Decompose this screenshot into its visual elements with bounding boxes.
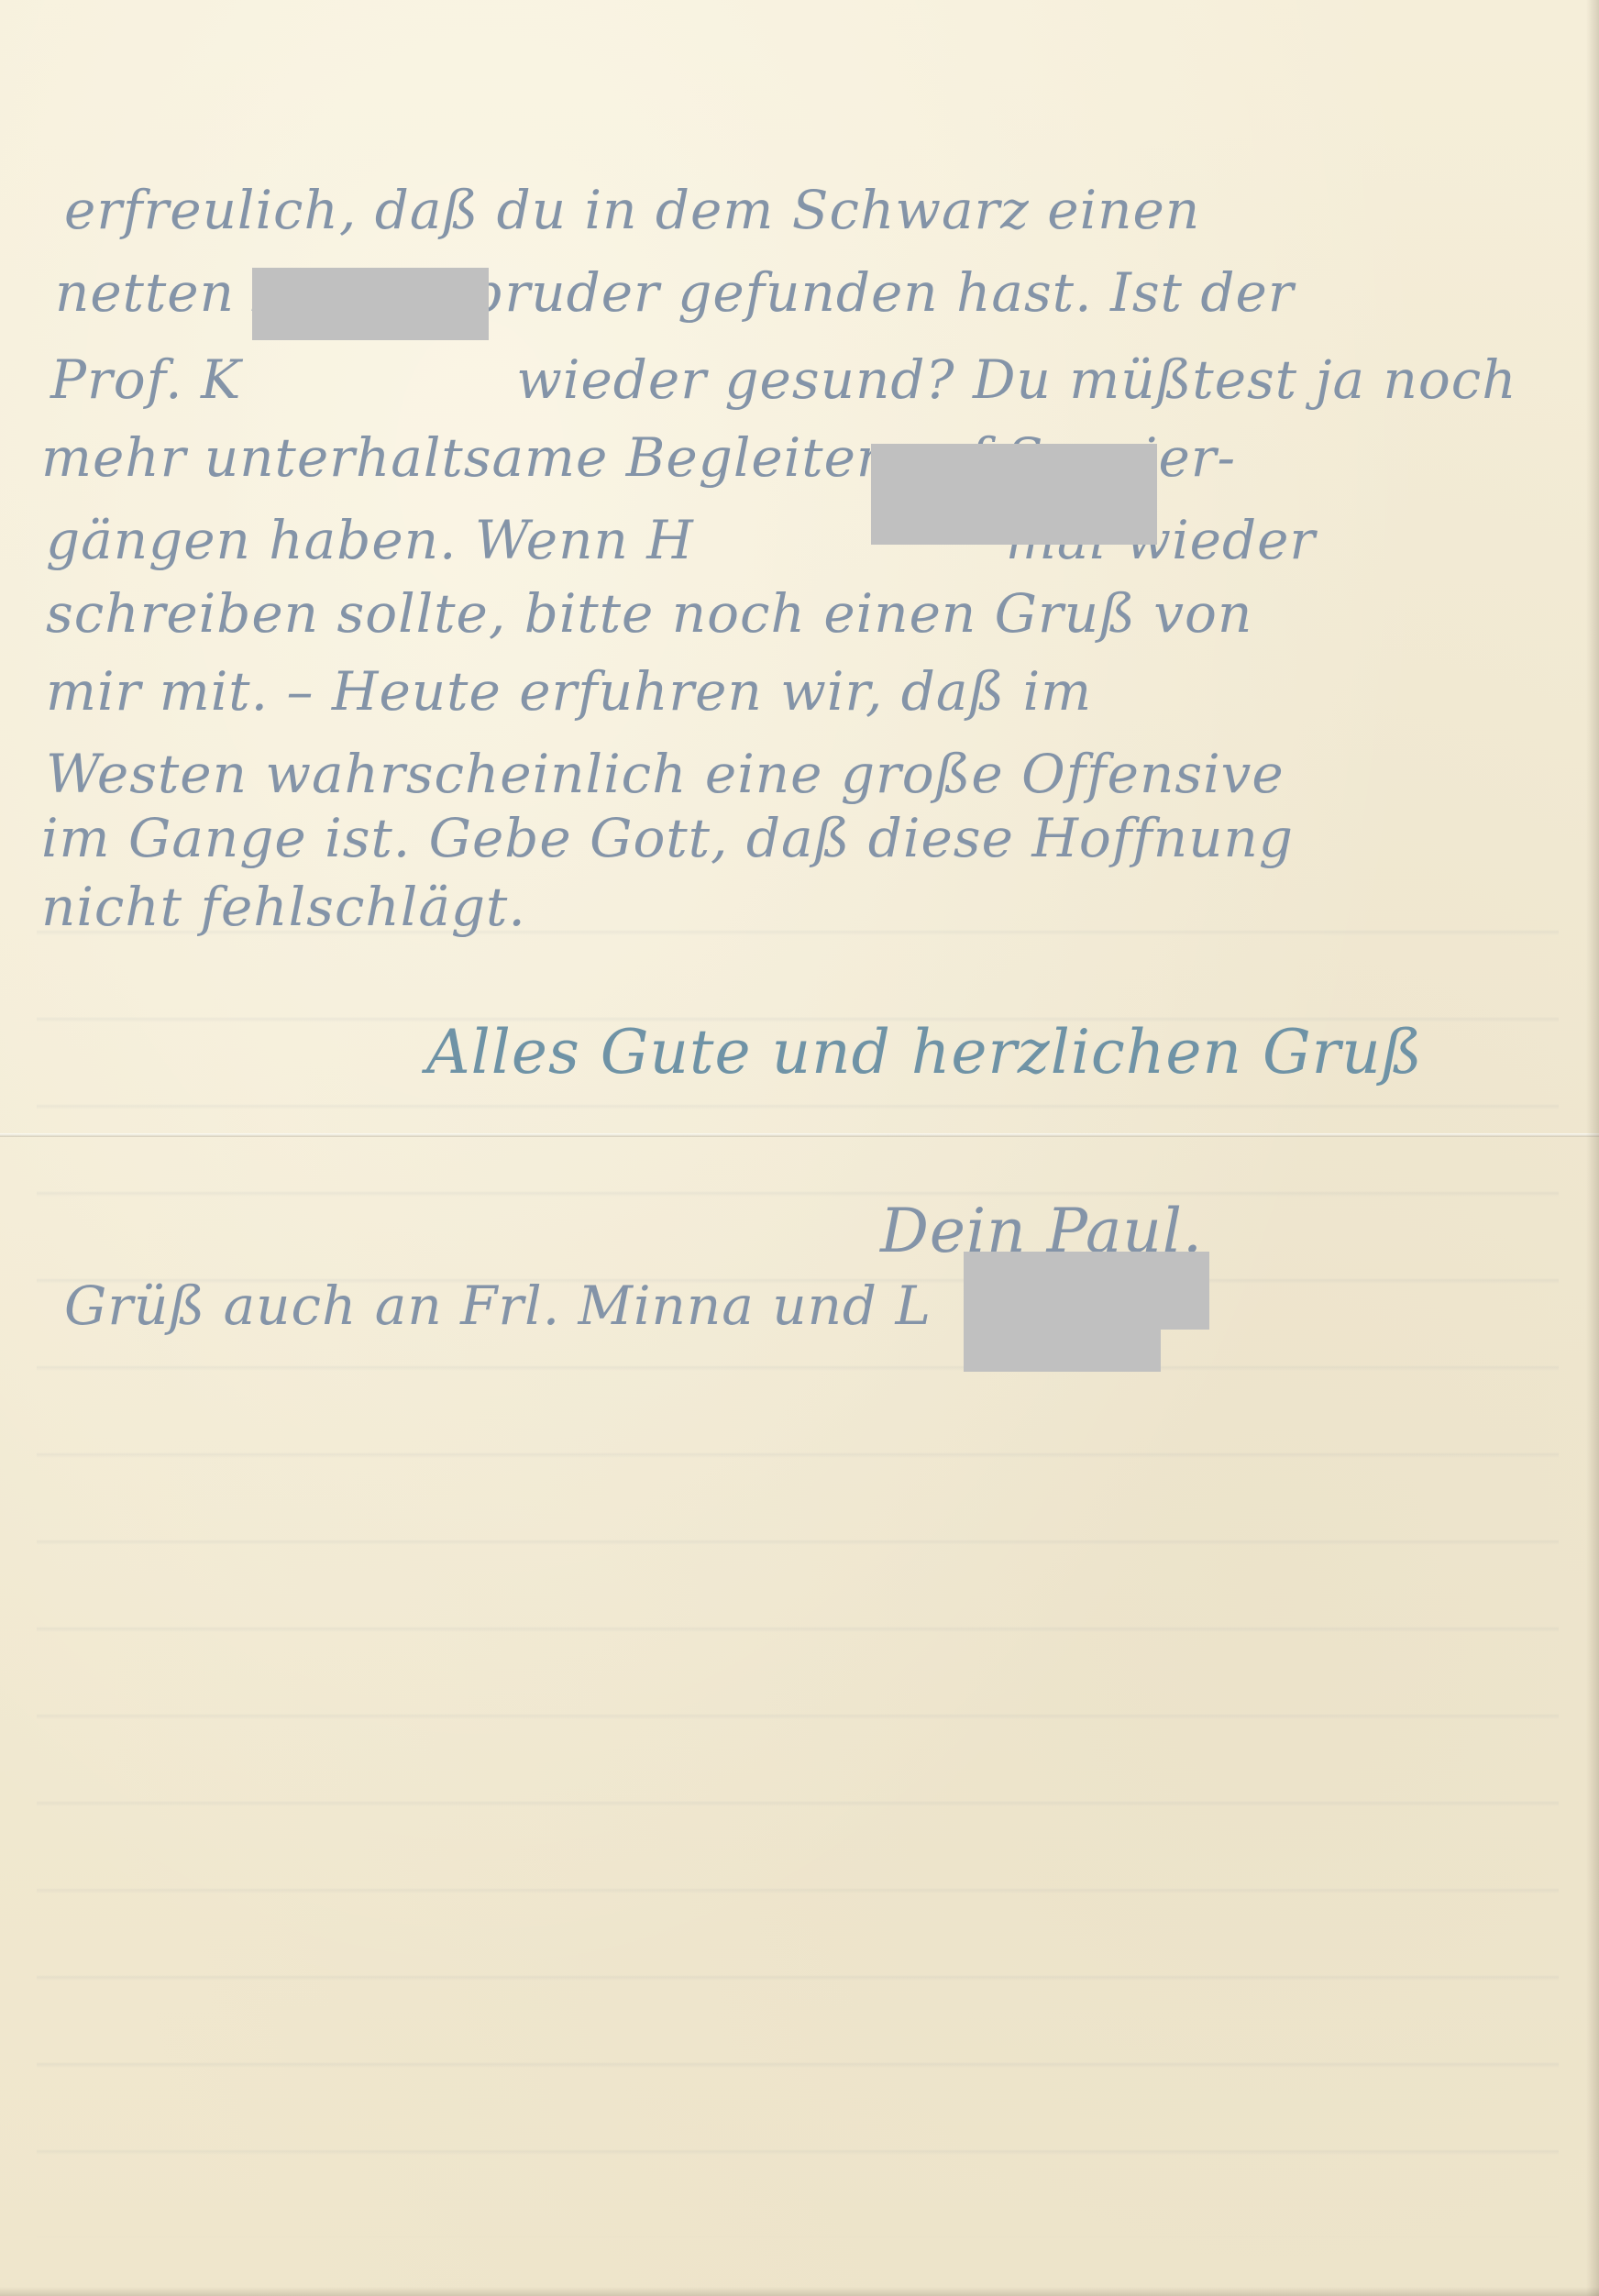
letter-line-10: nicht fehlschlägt. [41, 880, 526, 933]
letter-line-3-end: wieder gesund? Du müßtest ja noch [516, 348, 1516, 411]
letter-line-8: Westen wahrscheinlich eine große Offensi… [46, 747, 1285, 800]
letter-line-1: erfreulich, daß du in dem Schwarz einen [64, 183, 1200, 237]
letter-line-2: netten Leidensbruder gefunden hast. Ist … [55, 266, 1295, 319]
closing-greeting: Alles Gute und herzlichen Gruß [426, 1022, 1423, 1083]
letter-line-3-start: Prof. K [50, 348, 241, 411]
letter-line-3: Prof. Kwieder gesund? Du müßtest ja noch [50, 353, 1517, 406]
redaction-box-1 [252, 268, 489, 340]
redaction-box-2 [871, 444, 1157, 545]
fold-crease [0, 1133, 1599, 1137]
letter-line-6: schreiben sollte, bitte noch einen Gruß … [46, 587, 1252, 640]
paper-edge-right [1586, 0, 1599, 2296]
postscript-start: Grüß auch an Frl. Minna und L [64, 1275, 932, 1337]
letter-line-7: mir mit. – Heute erfuhren wir, daß im [46, 665, 1092, 718]
paper-edge-bottom [0, 2287, 1599, 2296]
letter-line-9: im Gange ist. Gebe Gott, daß diese Hoffn… [41, 811, 1294, 865]
redaction-box-3-lower [964, 1320, 1161, 1372]
redaction-box-3 [964, 1252, 1209, 1330]
letter-line-5-start: gängen haben. Wenn H [46, 509, 694, 571]
